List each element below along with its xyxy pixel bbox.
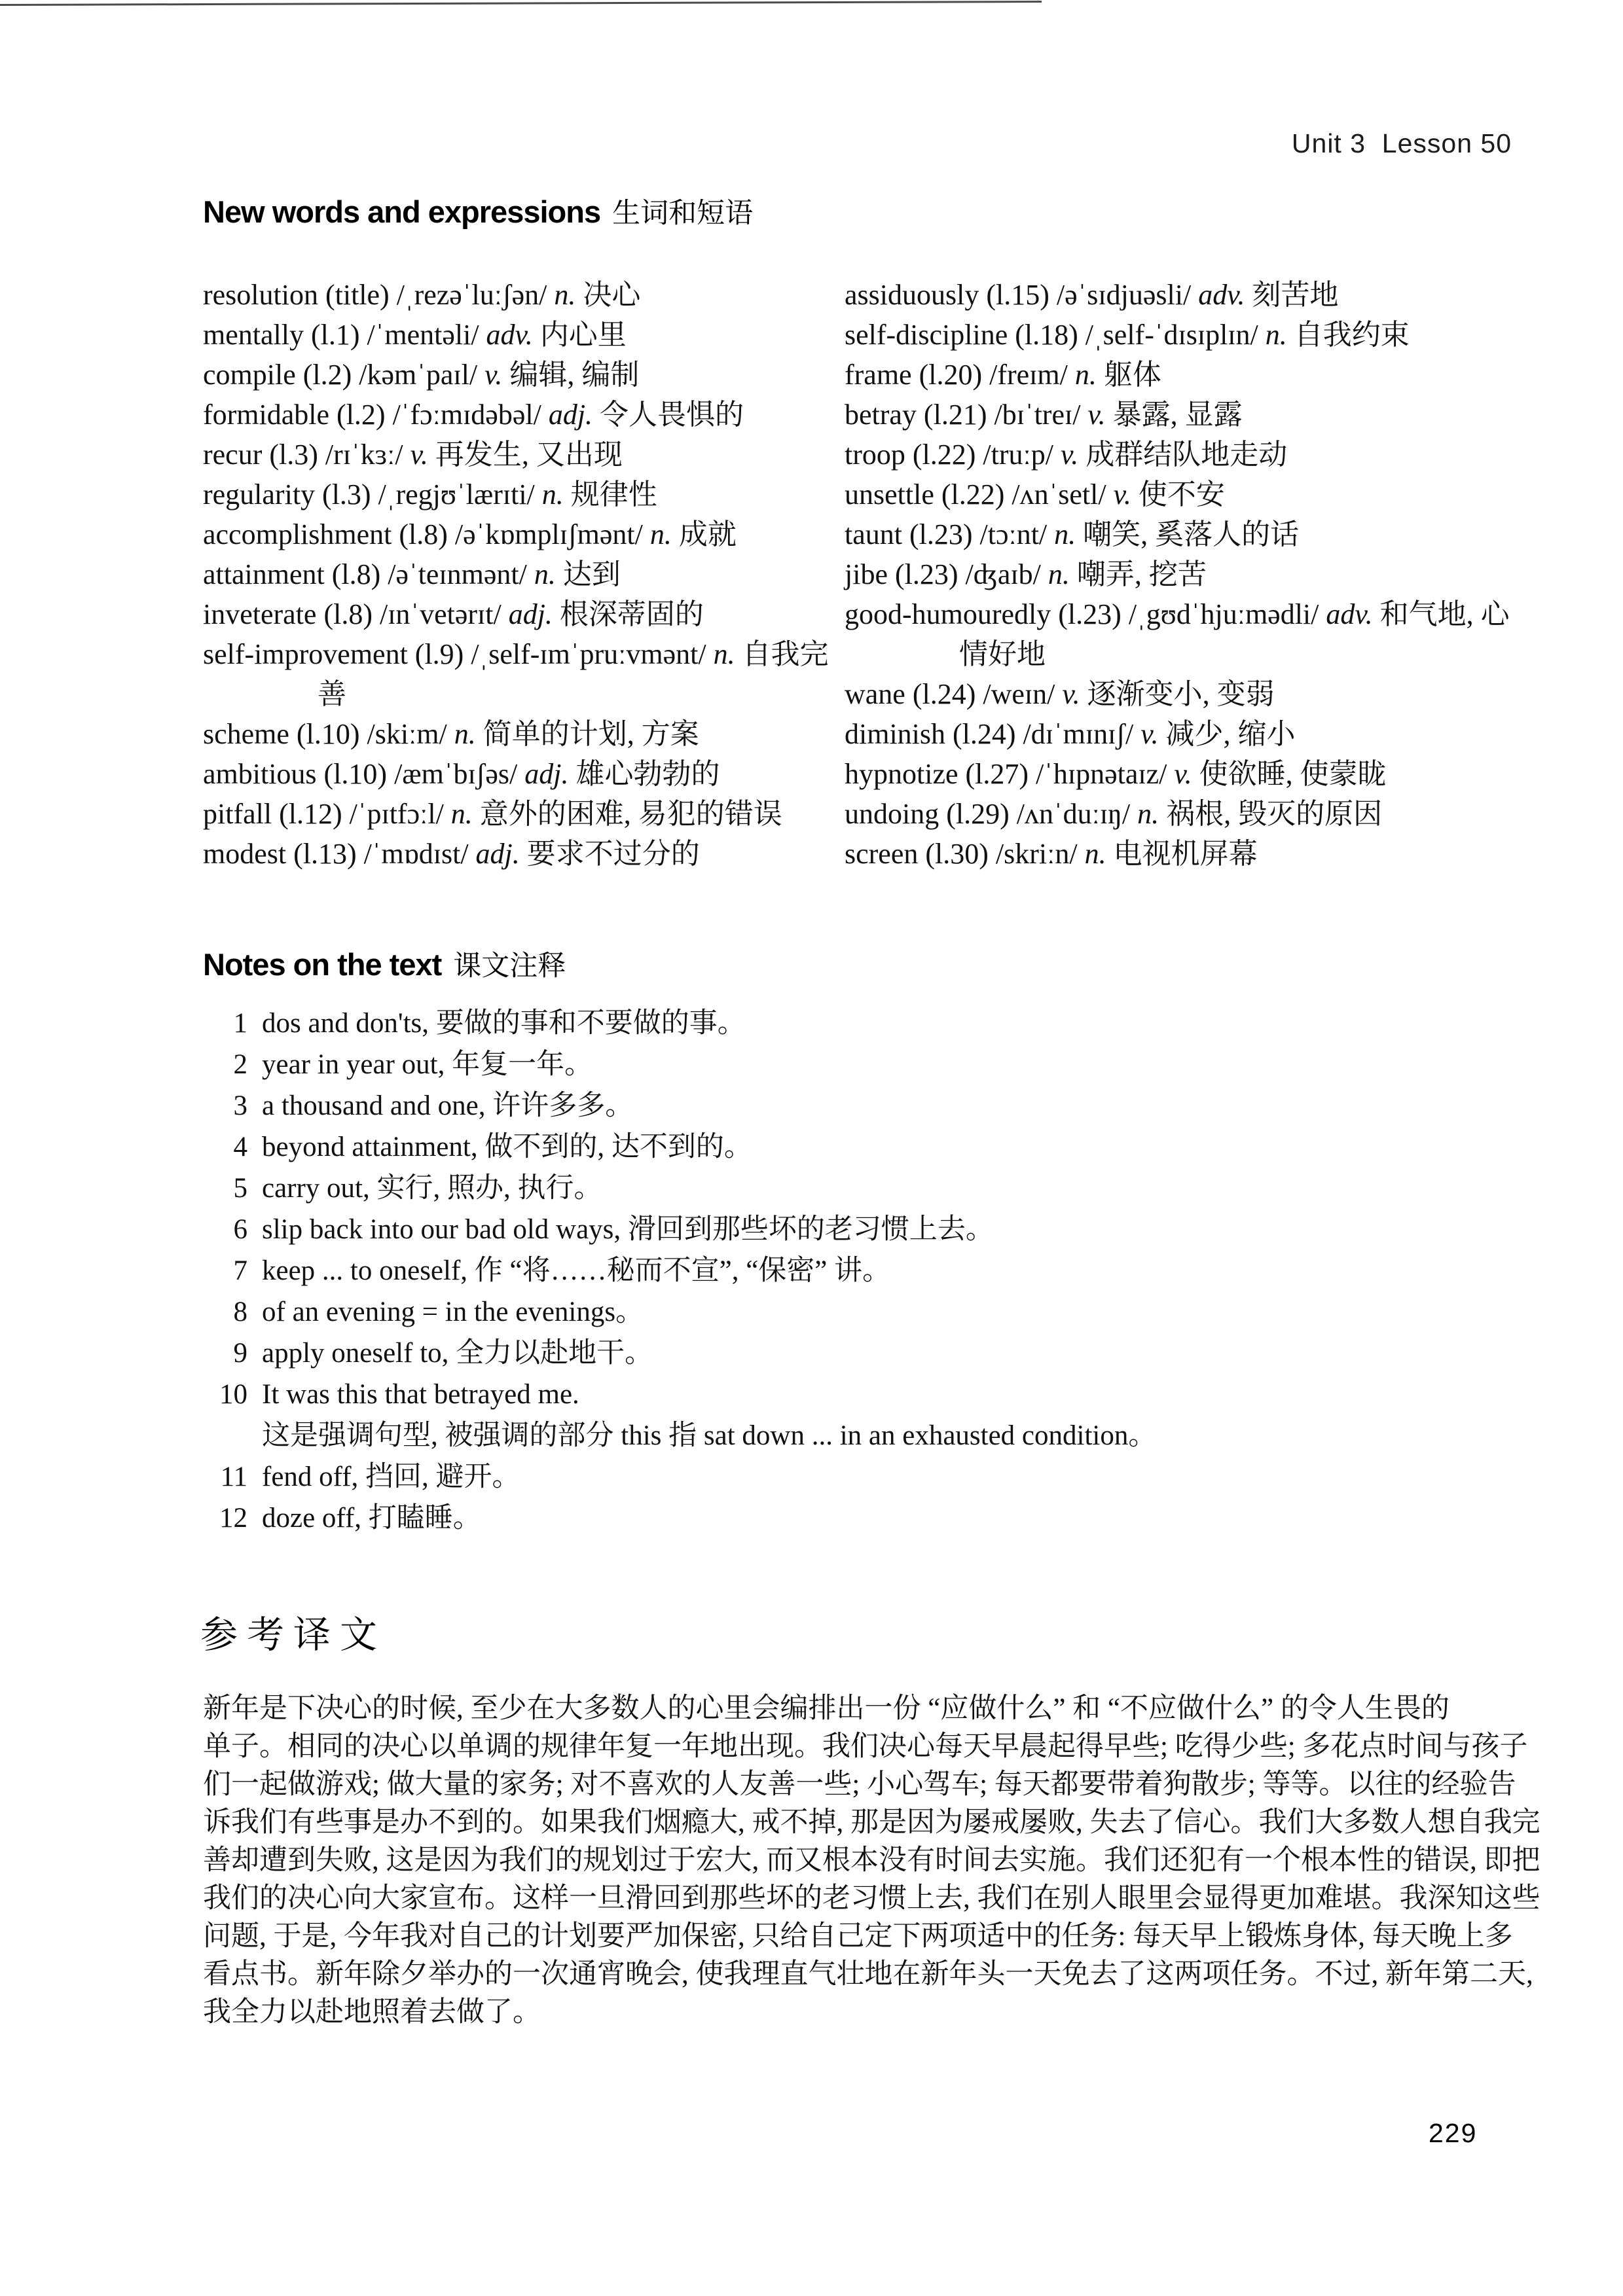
note-item: 12doze off, 打瞌睡。 (208, 1498, 1465, 1539)
note-text: beyond attainment, 做不到的, 达不到的。 (262, 1132, 752, 1162)
word-and-phonetic: hypnotize (l.27) /ˈhɪpnətaɪz/ (845, 758, 1167, 790)
word-and-phonetic: mentally (l.1) /ˈmentəli/ (203, 319, 479, 351)
notes-heading-en: Notes on the text (203, 947, 441, 982)
note-number: 4 (208, 1126, 247, 1168)
word-entry: attainment (l.8) /əˈteɪnmənt/ n. 达到 (203, 554, 831, 594)
word-and-phonetic: self-discipline (l.18) /ˌself-ˈdɪsɪplɪn/ (845, 319, 1258, 351)
word-and-phonetic: recur (l.3) /rɪˈkɜː/ (203, 439, 403, 471)
note-text: carry out, 实行, 照办, 执行。 (262, 1173, 602, 1204)
word-list-right-column: assiduously (l.15) /əˈsɪdjuəsli/ adv. 刻苦… (845, 275, 1535, 874)
part-of-speech: n. (1137, 798, 1159, 830)
word-entry: pitfall (l.12) /ˈpɪtfɔːl/ n. 意外的困难, 易犯的错… (203, 794, 831, 834)
word-meaning-zh: 成就 (679, 518, 737, 550)
translation-line: 新年是下决心的时候, 至少在大多数人的心里会编排出一份 “应做什么” 和 “不应… (203, 1690, 1604, 1728)
part-of-speech: v. (1114, 478, 1131, 511)
note-text: a thousand and one, 许许多多。 (262, 1090, 633, 1121)
word-and-phonetic: compile (l.2) /kəmˈpaɪl/ (203, 359, 477, 391)
word-meaning-zh: 自我约束 (1294, 319, 1410, 351)
translation-line: 善却遭到失败, 这是因为我们的规划过于宏大, 而又根本没有时间去实施。我们还犯有… (203, 1842, 1604, 1880)
word-entry: resolution (title) /ˌrezəˈluːʃən/ n. 决心 (203, 275, 831, 315)
word-entry: frame (l.20) /freɪm/ n. 躯体 (845, 355, 1535, 395)
note-text: dos and don'ts, 要做的事和不要做的事。 (262, 1008, 746, 1039)
word-entry: ambitious (l.10) /æmˈbɪʃəs/ adj. 雄心勃勃的 (203, 754, 831, 794)
translation-line: 我全力以赴地照着去做了。 (203, 1994, 1604, 2032)
word-meaning-zh: 祸根, 毁灭的原因 (1166, 798, 1382, 830)
word-meaning-zh: 意外的困难, 易犯的错误 (480, 798, 782, 830)
word-entry: accomplishment (l.8) /əˈkɒmplɪʃmənt/ n. … (203, 514, 831, 554)
word-and-phonetic: screen (l.30) /skriːn/ (845, 838, 1078, 870)
word-meaning-zh: 嘲弄, 挖苦 (1077, 558, 1207, 590)
word-and-phonetic: good-humouredly (l.23) /ˌgʊdˈhjuːmədli/ (845, 598, 1319, 630)
word-entry: mentally (l.1) /ˈmentəli/ adv. 内心里 (203, 315, 831, 355)
word-meaning-zh: 电视机屏幕 (1114, 838, 1258, 870)
word-meaning-zh: 规律性 (571, 478, 657, 511)
word-meaning-zh: 要求不过分的 (527, 838, 700, 870)
word-and-phonetic: regularity (l.3) /ˌregjʊˈlærɪti/ (203, 478, 535, 511)
word-entry: unsettle (l.22) /ʌnˈsetl/ v. 使不安 (845, 475, 1535, 514)
part-of-speech: n. (1266, 319, 1287, 351)
word-entry: jibe (l.23) /ʤaɪb/ n. 嘲弄, 挖苦 (845, 554, 1535, 594)
new-words-heading-en: New words and expressions (203, 194, 600, 229)
note-item: 10It was this that betrayed me. (208, 1374, 1465, 1415)
word-and-phonetic: taunt (l.23) /tɔːnt/ (845, 518, 1047, 550)
word-list-left-column: resolution (title) /ˌrezəˈluːʃən/ n. 决心 … (203, 275, 831, 874)
notes-heading: Notes on the text课文注释 (203, 944, 566, 984)
note-text: keep ... to oneself, 作 “将……秘而不宣”, “保密” 讲… (262, 1255, 890, 1286)
note-number: 8 (208, 1291, 247, 1333)
note-text: slip back into our bad old ways, 滑回到那些坏的… (262, 1214, 994, 1245)
word-and-phonetic: modest (l.13) /ˈmɒdɪst/ (203, 838, 469, 870)
word-meaning-zh: 暴露, 显露 (1113, 399, 1243, 431)
translation-line: 看点书。新年除夕举办的一次通宵晚会, 使我理直气壮地在新年头一天免去了这两项任务… (203, 1956, 1604, 1994)
word-meaning-zh: 根深蒂固的 (560, 598, 704, 630)
note-text: of an evening = in the evenings。 (262, 1297, 644, 1327)
part-of-speech: n. (454, 718, 476, 750)
word-and-phonetic: betray (l.21) /bɪˈtreɪ/ (845, 399, 1080, 431)
word-and-phonetic: attainment (l.8) /əˈteɪnmənt/ (203, 558, 527, 590)
translation-line: 我们的决心向大家宣布。这样一旦滑回到那些坏的老习惯上去, 我们在别人眼里会显得更… (203, 1880, 1604, 1918)
unit-lesson-header: Unit 3 Lesson 50 (1292, 128, 1512, 159)
note-number: 7 (208, 1250, 247, 1291)
note-text: apply oneself to, 全力以赴地干。 (262, 1338, 653, 1369)
page-top-scan-line (0, 1, 1042, 6)
word-and-phonetic: scheme (l.10) /skiːm/ (203, 718, 447, 750)
part-of-speech: n. (1085, 838, 1106, 870)
new-words-heading-zh: 生词和短语 (612, 198, 753, 229)
part-of-speech: adj. (524, 758, 568, 790)
word-and-phonetic: diminish (l.24) /dɪˈmɪnɪʃ/ (845, 718, 1133, 750)
note-number: 1 (208, 1003, 247, 1044)
part-of-speech: v. (1062, 678, 1080, 710)
word-meaning-zh: 使不安 (1139, 478, 1225, 511)
word-entry: betray (l.21) /bɪˈtreɪ/ v. 暴露, 显露 (845, 395, 1535, 435)
word-and-phonetic: ambitious (l.10) /æmˈbɪʃəs/ (203, 758, 517, 790)
part-of-speech: adv. (486, 319, 533, 351)
part-of-speech: n. (1048, 558, 1070, 590)
part-of-speech: n. (534, 558, 556, 590)
part-of-speech: adv. (1326, 598, 1372, 630)
note-item: 1dos and don'ts, 要做的事和不要做的事。 (208, 1003, 1465, 1044)
word-and-phonetic: wane (l.24) /weɪn/ (845, 678, 1055, 710)
word-and-phonetic: self-improvement (l.9) /ˌself-ɪmˈpruːvmə… (203, 638, 706, 670)
word-and-phonetic: frame (l.20) /freɪm/ (845, 359, 1068, 391)
part-of-speech: v. (484, 359, 502, 391)
word-meaning-zh: 编辑, 编制 (509, 359, 639, 391)
note-number: 3 (208, 1085, 247, 1126)
word-meaning-zh: 雄心勃勃的 (576, 758, 720, 790)
part-of-speech: v. (410, 439, 428, 471)
note-item: 3a thousand and one, 许许多多。 (208, 1085, 1465, 1126)
word-meaning-zh: 达到 (563, 558, 621, 590)
word-entry: assiduously (l.15) /əˈsɪdjuəsli/ adv. 刻苦… (845, 275, 1535, 315)
note-number: 12 (208, 1498, 247, 1539)
note-item: 8of an evening = in the evenings。 (208, 1291, 1465, 1333)
note-item: 11fend off, 挡回, 避开。 (208, 1456, 1465, 1498)
reference-translation-paragraph: 新年是下决心的时候, 至少在大多数人的心里会编排出一份 “应做什么” 和 “不应… (203, 1690, 1604, 2032)
word-and-phonetic: inveterate (l.8) /ɪnˈvetərɪt/ (203, 598, 501, 630)
word-meaning-zh: 再发生, 又出现 (435, 439, 623, 471)
word-entry: inveterate (l.8) /ɪnˈvetərɪt/ adj. 根深蒂固的 (203, 594, 831, 634)
note-item-explanation: 这是强调句型, 被强调的部分 this 指 sat down ... in an… (208, 1415, 1465, 1456)
word-and-phonetic: pitfall (l.12) /ˈpɪtfɔːl/ (203, 798, 444, 830)
word-and-phonetic: undoing (l.29) /ʌnˈduːɪŋ/ (845, 798, 1130, 830)
note-item: 4beyond attainment, 做不到的, 达不到的。 (208, 1126, 1465, 1168)
part-of-speech: v. (1061, 439, 1078, 471)
part-of-speech: v. (1174, 758, 1192, 790)
note-text: year in year out, 年复一年。 (262, 1049, 593, 1080)
note-item: 6slip back into our bad old ways, 滑回到那些坏… (208, 1209, 1465, 1250)
page-number: 229 (1429, 2118, 1477, 2149)
word-entry: good-humouredly (l.23) /ˌgʊdˈhjuːmədli/ … (845, 594, 1535, 674)
note-item: 7keep ... to oneself, 作 “将……秘而不宣”, “保密” … (208, 1250, 1465, 1291)
word-and-phonetic: formidable (l.2) /ˈfɔːmɪdəbəl/ (203, 399, 541, 431)
new-words-heading: New words and expressions生词和短语 (203, 191, 753, 231)
note-text: It was this that betrayed me. (262, 1379, 579, 1410)
word-entry: troop (l.22) /truːp/ v. 成群结队地走动 (845, 435, 1535, 475)
part-of-speech: n. (1075, 359, 1097, 391)
word-meaning-zh: 使欲睡, 使蒙眬 (1199, 758, 1387, 790)
note-number: 5 (208, 1168, 247, 1209)
part-of-speech: n. (1054, 518, 1076, 550)
word-entry: diminish (l.24) /dɪˈmɪnɪʃ/ v. 减少, 缩小 (845, 714, 1535, 754)
word-meaning-zh: 成群结队地走动 (1085, 439, 1287, 471)
note-number: 9 (208, 1333, 247, 1374)
word-meaning-zh: 逐渐变小, 变弱 (1087, 678, 1275, 710)
word-entry: undoing (l.29) /ʌnˈduːɪŋ/ n. 祸根, 毁灭的原因 (845, 794, 1535, 834)
part-of-speech: v. (1087, 399, 1105, 431)
word-meaning-zh: 刻苦地 (1252, 279, 1338, 311)
part-of-speech: n. (714, 638, 735, 670)
translation-line: 问题, 于是, 今年我对自己的计划要严加保密, 只给自己定下两项适中的任务: 每… (203, 1918, 1604, 1956)
word-meaning-zh: 内心里 (540, 319, 627, 351)
word-and-phonetic: assiduously (l.15) /əˈsɪdjuəsli/ (845, 279, 1191, 311)
word-and-phonetic: accomplishment (l.8) /əˈkɒmplɪʃmənt/ (203, 518, 643, 550)
word-entry: self-discipline (l.18) /ˌself-ˈdɪsɪplɪn/… (845, 315, 1535, 355)
book-page: Unit 3 Lesson 50 New words and expressio… (0, 0, 1623, 2296)
part-of-speech: v. (1140, 718, 1158, 750)
note-number: 2 (208, 1044, 247, 1085)
note-item: 9apply oneself to, 全力以赴地干。 (208, 1333, 1465, 1374)
note-number: 6 (208, 1209, 247, 1250)
word-entry: self-improvement (l.9) /ˌself-ɪmˈpruːvmə… (203, 634, 831, 714)
part-of-speech: n. (650, 518, 672, 550)
word-meaning-zh: 简单的计划, 方案 (483, 718, 699, 750)
part-of-speech: adj. (476, 838, 520, 870)
note-text: doze off, 打瞌睡。 (262, 1503, 481, 1534)
translation-line: 单子。相同的决心以单调的规律年复一年地出现。我们决心每天早晨起得早些; 吃得少些… (203, 1728, 1604, 1766)
translation-line: 诉我们有些事是办不到的。如果我们烟瘾大, 戒不掉, 那是因为屡戒屡败, 失去了信… (203, 1804, 1604, 1842)
word-and-phonetic: troop (l.22) /truːp/ (845, 439, 1053, 471)
word-meaning-zh: 决心 (583, 279, 640, 311)
part-of-speech: n. (542, 478, 564, 511)
note-number: 11 (208, 1456, 247, 1498)
word-entry: recur (l.3) /rɪˈkɜː/ v. 再发生, 又出现 (203, 435, 831, 475)
word-entry: formidable (l.2) /ˈfɔːmɪdəbəl/ adj. 令人畏惧… (203, 395, 831, 435)
note-item: 5carry out, 实行, 照办, 执行。 (208, 1168, 1465, 1209)
note-number: 10 (208, 1374, 247, 1415)
word-entry: compile (l.2) /kəmˈpaɪl/ v. 编辑, 编制 (203, 355, 831, 395)
note-item: 2year in year out, 年复一年。 (208, 1044, 1465, 1085)
word-and-phonetic: resolution (title) /ˌrezəˈluːʃən/ (203, 279, 547, 311)
part-of-speech: adv. (1198, 279, 1245, 311)
word-entry: regularity (l.3) /ˌregjʊˈlærɪti/ n. 规律性 (203, 475, 831, 514)
translation-line: 们一起做游戏; 做大量的家务; 对不喜欢的人友善一些; 小心驾车; 每天都要带着… (203, 1766, 1604, 1804)
word-entry: taunt (l.23) /tɔːnt/ n. 嘲笑, 奚落人的话 (845, 514, 1535, 554)
part-of-speech: n. (451, 798, 473, 830)
word-and-phonetic: unsettle (l.22) /ʌnˈsetl/ (845, 478, 1106, 511)
word-entry: screen (l.30) /skriːn/ n. 电视机屏幕 (845, 834, 1535, 874)
word-meaning-zh: 嘲笑, 奚落人的话 (1083, 518, 1299, 550)
part-of-speech: n. (554, 279, 575, 311)
word-entry: modest (l.13) /ˈmɒdɪst/ adj. 要求不过分的 (203, 834, 831, 874)
note-text: fend off, 挡回, 避开。 (262, 1462, 520, 1492)
word-meaning-zh: 躯体 (1104, 359, 1161, 391)
notes-heading-zh: 课文注释 (453, 951, 566, 982)
reference-translation-heading: 参考译文 (200, 1605, 386, 1659)
word-entry: wane (l.24) /weɪn/ v. 逐渐变小, 变弱 (845, 674, 1535, 714)
word-meaning-zh: 减少, 缩小 (1165, 718, 1295, 750)
word-entry: hypnotize (l.27) /ˈhɪpnətaɪz/ v. 使欲睡, 使蒙… (845, 754, 1535, 794)
notes-list: 1dos and don'ts, 要做的事和不要做的事。 2year in ye… (208, 1003, 1465, 1539)
part-of-speech: adj. (549, 399, 593, 431)
word-and-phonetic: jibe (l.23) /ʤaɪb/ (845, 558, 1041, 590)
word-entry: scheme (l.10) /skiːm/ n. 简单的计划, 方案 (203, 714, 831, 754)
word-meaning-zh: 令人畏惧的 (600, 399, 744, 431)
part-of-speech: adj. (509, 598, 553, 630)
